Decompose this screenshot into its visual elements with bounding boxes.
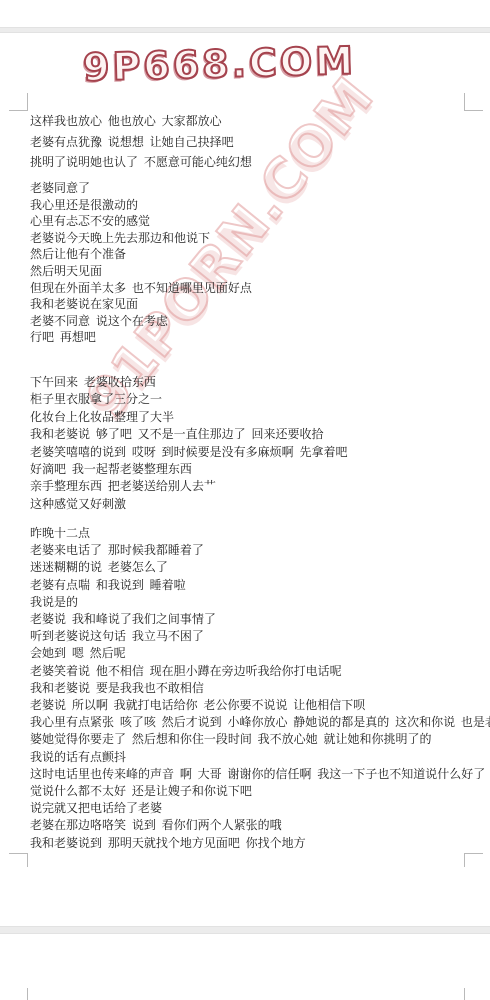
text-line: 挑明了说明她也认了 不愿意可能心纯幻想	[30, 152, 478, 173]
text-line: 老婆在那边咯咯笑 说到 看你们两个人紧张的哦	[30, 817, 478, 834]
text-line: 然后让他有个准备	[30, 246, 478, 263]
text-line: 我和老婆说在家见面	[30, 296, 478, 313]
text-line: 柜子里衣服拿了三分之一	[30, 391, 478, 408]
text-line: 婆她觉得你要走了 然后想和你住一段时间 我不放心她 就让她和你挑明了的	[30, 731, 478, 748]
text-line: 迷迷糊糊的说 老婆怎么了	[30, 559, 478, 576]
text-line: 心里有忐忑不安的感觉	[30, 213, 478, 230]
text-line: 老婆有点犹豫 说想想 让她自己抉择吧	[30, 132, 478, 153]
text-line: 然后明天见面	[30, 263, 478, 280]
text-line: 但现在外面羊太多 也不知道哪里见面好点	[30, 280, 478, 297]
text-line: 会她到 嗯 然后呢	[30, 645, 478, 662]
text-line: 我和老婆说 要是我我也不敢相信	[30, 680, 478, 697]
text-line: 老婆来电话了 那时候我都睡着了	[30, 542, 478, 559]
text-line: 亲手整理东西 把老婆送给别人去艹	[30, 478, 478, 495]
text-line: 化妆台上化妆品整理了大半	[30, 409, 478, 426]
text-line: 下午回来 老婆收拾东西	[30, 374, 478, 391]
text-line: 老婆同意了	[30, 180, 478, 197]
text-line: 老婆有点喘 和我说到 睡着啦	[30, 577, 478, 594]
text-line: 老婆说今天晚上先去那边和他说下	[30, 230, 478, 247]
margin-corner-mark-top-left	[9, 93, 28, 111]
text-line: 我心里还是很激动的	[30, 197, 478, 214]
text-line: 行吧 再想吧	[30, 329, 478, 346]
text-line: 这种感觉又好刺激	[30, 496, 478, 513]
next-page-margin-mark-left	[27, 988, 28, 1000]
text-line: 老婆不同意 说这个在考虑	[30, 313, 478, 330]
margin-corner-mark-bottom-right	[464, 853, 483, 867]
text-line: 老婆说 所以啊 我就打电话给你 老公你要不说说 让他相信下呗	[30, 697, 478, 714]
margin-corner-mark-bottom-left	[9, 853, 28, 867]
text-line: 我和老婆说 够了吧 又不是一直住那边了 回来还要收拾	[30, 426, 478, 443]
text-line: 我说的话有点颤抖	[30, 749, 478, 766]
text-line: 这时电话里也传来峰的声音 啊 大哥 谢谢你的信任啊 我这一下子也不知道说什么好了…	[30, 766, 478, 783]
text-line: 老婆笑着说 他不相信 现在胆小蹲在旁边听我给你打电话呢	[30, 663, 478, 680]
paragraph-4: 昨晚十二点老婆来电话了 那时候我都睡着了迷迷糊糊的说 老婆怎么了老婆有点喘 和我…	[30, 525, 478, 852]
text-line: 说完就又把电话给了老婆	[30, 800, 478, 817]
next-page-margin-mark-right	[464, 988, 465, 1000]
site-logo-text: 9P668.COM	[82, 38, 356, 89]
paragraph-1: 这样我也放心 他也放心 大家都放心老婆有点犹豫 说想想 让她自己抉择吧挑明了说明…	[30, 111, 478, 173]
text-line: 我心里有点紧张 咳了咳 然后才说到 小峰你放心 静她说的都是真的 这次和你说 也…	[30, 714, 478, 731]
text-line: 这样我也放心 他也放心 大家都放心	[30, 111, 478, 132]
text-line: 老婆笑嘻嘻的说到 哎呀 到时候要是没有多麻烦啊 先拿着吧	[30, 444, 478, 461]
text-line: 我说是的	[30, 594, 478, 611]
text-line: 昨晚十二点	[30, 525, 478, 542]
text-line: 老婆说 我和峰说了我们之间事情了	[30, 611, 478, 628]
paragraph-3: 下午回来 老婆收拾东西柜子里衣服拿了三分之一化妆台上化妆品整理了大半我和老婆说 …	[30, 374, 478, 513]
page-separator-top	[0, 27, 490, 33]
margin-corner-mark-top-right	[464, 93, 483, 111]
text-line: 听到老婆说这句话 我立马不困了	[30, 628, 478, 645]
paragraph-2: 老婆同意了我心里还是很激动的心里有忐忑不安的感觉老婆说今天晚上先去那边和他说下然…	[30, 180, 478, 346]
page-separator-bottom	[0, 926, 490, 934]
text-line: 好滴吧 我一起帮老婆整理东西	[30, 461, 478, 478]
text-line: 觉说什么都不太好 还是让嫂子和你说下吧	[30, 783, 478, 800]
text-line: 我和老婆说到 那明天就找个地方见面吧 你找个地方	[30, 835, 478, 852]
